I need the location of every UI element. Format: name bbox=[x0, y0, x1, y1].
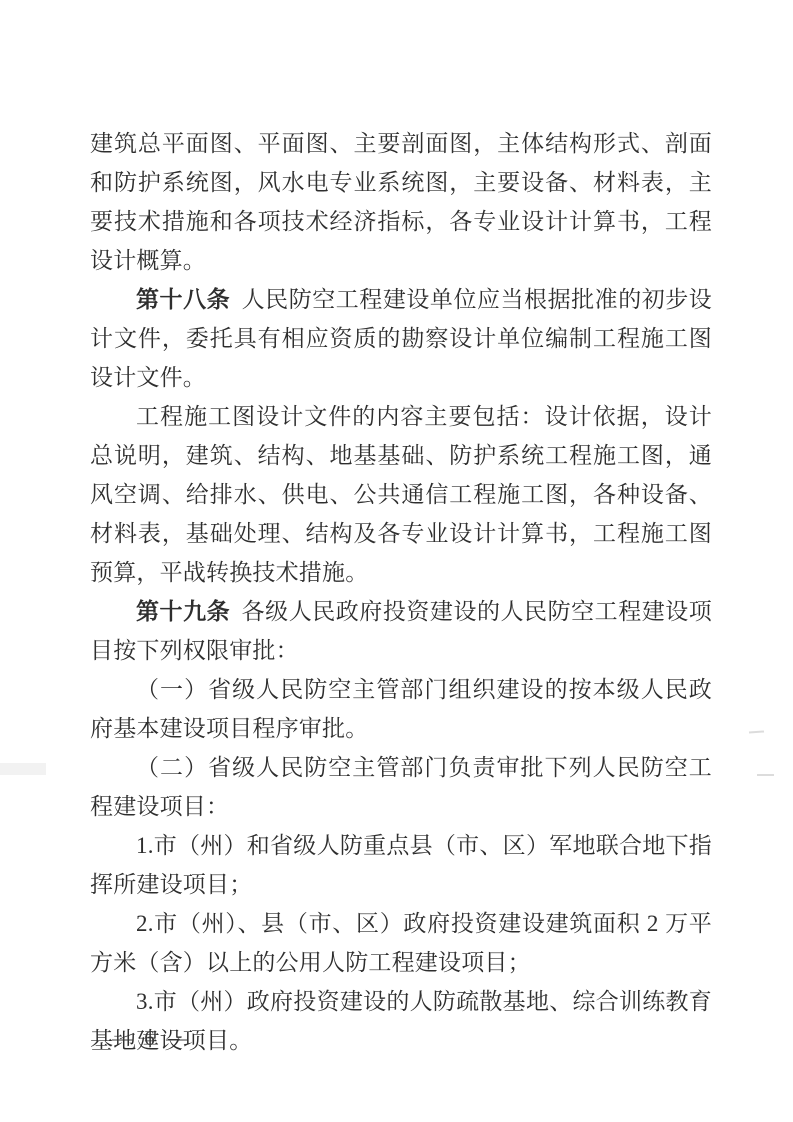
paragraph-text: 2.市（州）、县（市、区）政府投资建设建筑面积 2 万平方米（含）以上的公用人防… bbox=[90, 911, 712, 975]
paragraph: 建筑总平面图、平面图、主要剖面图，主体结构形式、剖面和防护系统图，风水电专业系统… bbox=[90, 124, 712, 280]
paragraph-text: （二）省级人民防空主管部门负责审批下列人民防空工程建设项目： bbox=[90, 755, 712, 819]
paragraph-text: （一）省级人民防空主管部门组织建设的按本级人民政府基本建设项目程序审批。 bbox=[90, 677, 712, 741]
paragraph: （二）省级人民防空主管部门负责审批下列人民防空工程建设项目： bbox=[90, 748, 712, 826]
scan-artifact bbox=[757, 774, 774, 776]
paragraph: 工程施工图设计文件的内容主要包括：设计依据，设计总说明，建筑、结构、地基基础、防… bbox=[90, 397, 712, 592]
document-body: 建筑总平面图、平面图、主要剖面图，主体结构形式、剖面和防护系统图，风水电专业系统… bbox=[90, 124, 712, 1060]
paragraph: 1.市（州）和省级人防重点县（市、区）军地联合地下指挥所建设项目； bbox=[90, 826, 712, 904]
paragraph-text: 工程施工图设计文件的内容主要包括：设计依据，设计总说明，建筑、结构、地基基础、防… bbox=[90, 404, 712, 585]
article-number: 第十八条 bbox=[136, 287, 242, 312]
article-number: 第十九条 bbox=[136, 599, 242, 624]
scan-artifact bbox=[749, 730, 764, 733]
page-number: — 6 — bbox=[112, 1026, 190, 1051]
paragraph: 第十八条人民防空工程建设单位应当根据批准的初步设计文件，委托具有相应资质的勘察设… bbox=[90, 280, 712, 397]
paragraph: 2.市（州）、县（市、区）政府投资建设建筑面积 2 万平方米（含）以上的公用人防… bbox=[90, 904, 712, 982]
scan-artifact bbox=[0, 763, 46, 775]
paragraph-text: 建筑总平面图、平面图、主要剖面图，主体结构形式、剖面和防护系统图，风水电专业系统… bbox=[90, 131, 712, 273]
document-page: 建筑总平面图、平面图、主要剖面图，主体结构形式、剖面和防护系统图，风水电专业系统… bbox=[0, 0, 793, 1122]
paragraph: 第十九条各级人民政府投资建设的人民防空工程建设项目按下列权限审批： bbox=[90, 592, 712, 670]
paragraph: （一）省级人民防空主管部门组织建设的按本级人民政府基本建设项目程序审批。 bbox=[90, 670, 712, 748]
paragraph-text: 1.市（州）和省级人防重点县（市、区）军地联合地下指挥所建设项目； bbox=[90, 833, 712, 897]
